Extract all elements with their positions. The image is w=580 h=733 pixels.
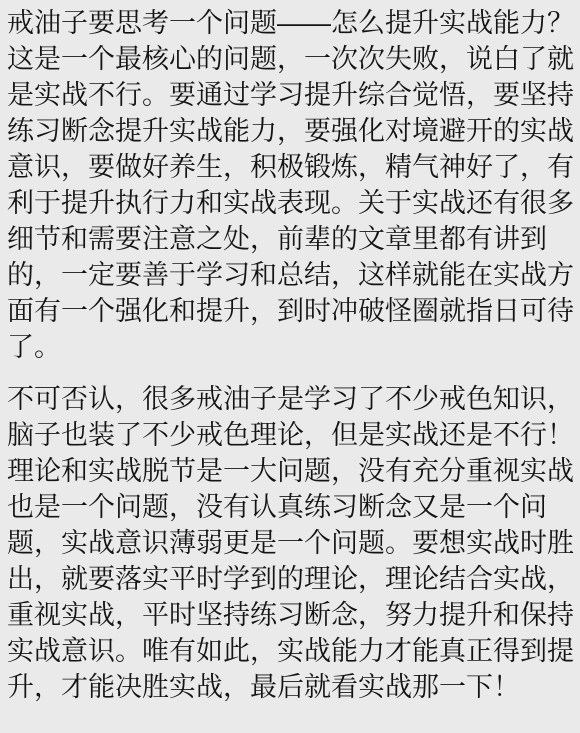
text-line: 戒油子要思考一个问题——怎么提升实战能力？ [7, 5, 573, 41]
text-line: 练习断念提升实战能力，要强化对境避开的实战 [7, 113, 573, 149]
text-line: 是实战不行。要通过学习提升综合觉悟，要坚持 [7, 77, 573, 113]
text-line: 面有一个强化和提升，到时冲破怪圈就指日可待 [7, 293, 573, 329]
paragraph-1: 戒油子要思考一个问题——怎么提升实战能力？ 这是一个最核心的问题，一次次失败，说… [7, 5, 573, 365]
text-line: 细节和需要注意之处，前辈的文章里都有讲到 [7, 221, 573, 257]
text-line: 理论和实战脱节是一大问题，没有充分重视实战 [7, 453, 573, 489]
text-line: 了。 [7, 329, 573, 365]
text-line: 出，就要落实平时学到的理论，理论结合实战， [7, 561, 573, 597]
text-line: 意识，要做好养生，积极锻炼，精气神好了，有 [7, 149, 573, 185]
text-line: 也是一个问题，没有认真练习断念又是一个问 [7, 489, 573, 525]
text-line: 的，一定要善于学习和总结，这样就能在实战方 [7, 257, 573, 293]
text-line: 重视实战，平时坚持练习断念，努力提升和保持 [7, 597, 573, 633]
text-line: 不可否认，很多戒油子是学习了不少戒色知识， [7, 381, 573, 417]
text-line: 脑子也装了不少戒色理论，但是实战还是不行！ [7, 417, 573, 453]
text-line: 题，实战意识薄弱更是一个问题。要想实战时胜 [7, 525, 573, 561]
paragraph-2: 不可否认，很多戒油子是学习了不少戒色知识， 脑子也装了不少戒色理论，但是实战还是… [7, 381, 573, 705]
text-line: 利于提升执行力和实战表现。关于实战还有很多 [7, 185, 573, 221]
text-line: 这是一个最核心的问题，一次次失败，说白了就 [7, 41, 573, 77]
text-line: 实战意识。唯有如此，实战能力才能真正得到提 [7, 633, 573, 669]
text-line: 升，才能决胜实战，最后就看实战那一下！ [7, 669, 573, 705]
article-text: 戒油子要思考一个问题——怎么提升实战能力？ 这是一个最核心的问题，一次次失败，说… [0, 0, 580, 705]
